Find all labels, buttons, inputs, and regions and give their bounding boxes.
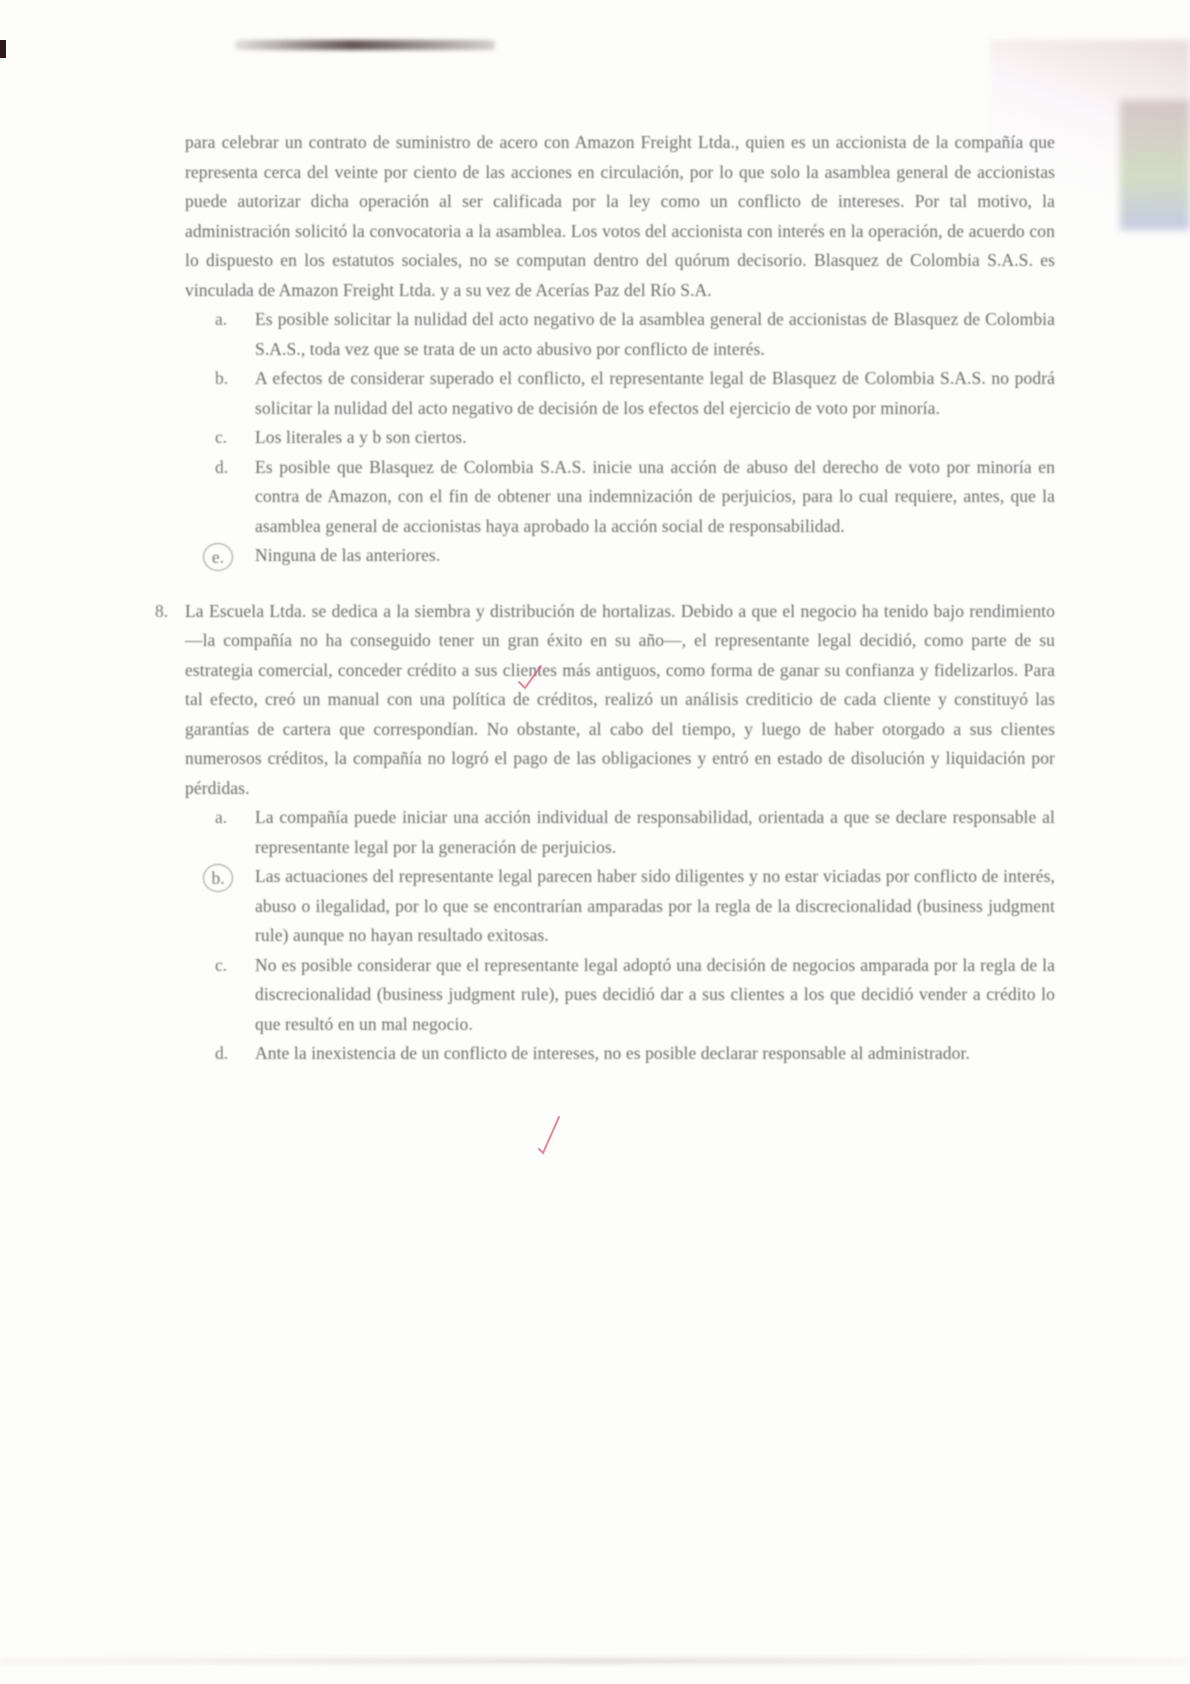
option-marker: a. (215, 305, 227, 335)
option-8c[interactable]: c. No es posible considerar que el repre… (215, 951, 1055, 1040)
circled-answer-marker: e. (203, 543, 233, 571)
option-text: Ante la inexistencia de un conflicto de … (255, 1039, 1055, 1069)
option-marker: b. (215, 364, 228, 394)
scan-edge-artifact (0, 40, 6, 58)
option-marker: d. (215, 1039, 228, 1069)
scan-top-artifact (235, 40, 495, 50)
red-check-mark-icon (515, 662, 545, 692)
option-text: Es posible solicitar la nulidad del acto… (255, 305, 1055, 364)
document-page: para celebrar un contrato de suministro … (155, 128, 1055, 1069)
scan-bottom-edge (0, 1658, 1190, 1664)
question-number: 8. (155, 597, 168, 627)
question-7: para celebrar un contrato de suministro … (155, 128, 1055, 571)
option-text: No es posible considerar que el represen… (255, 951, 1055, 1040)
option-7a[interactable]: a. Es posible solicitar la nulidad del a… (215, 305, 1055, 364)
option-marker: c. (215, 951, 227, 981)
option-text: Los literales a y b son ciertos. (255, 423, 1055, 453)
question-8: 8. La Escuela Ltda. se dedica a la siemb… (155, 597, 1055, 1069)
option-7b[interactable]: b. A efectos de considerar superado el c… (215, 364, 1055, 423)
option-marker: c. (215, 423, 227, 453)
question-8-options: a. La compañía puede iniciar una acción … (185, 803, 1055, 1069)
option-text: Es posible que Blasquez de Colombia S.A.… (255, 453, 1055, 542)
option-7d[interactable]: d. Es posible que Blasquez de Colombia S… (215, 453, 1055, 542)
option-7e-selected[interactable]: e. Ninguna de las anteriores. (215, 541, 1055, 571)
question-7-intro: para celebrar un contrato de suministro … (155, 128, 1055, 305)
option-marker: a. (215, 803, 227, 833)
option-marker: d. (215, 453, 228, 483)
option-text: A efectos de considerar superado el conf… (255, 364, 1055, 423)
option-8d[interactable]: d. Ante la inexistencia de un conflicto … (215, 1039, 1055, 1069)
question-8-intro: La Escuela Ltda. se dedica a la siembra … (185, 597, 1055, 804)
option-7c[interactable]: c. Los literales a y b son ciertos. (215, 423, 1055, 453)
option-8b-selected[interactable]: b. Las actuaciones del representante leg… (215, 862, 1055, 951)
option-text: La compañía puede iniciar una acción ind… (255, 803, 1055, 862)
circled-answer-marker: b. (203, 864, 233, 892)
question-7-options: a. Es posible solicitar la nulidad del a… (155, 305, 1055, 571)
option-text: Las actuaciones del representante legal … (255, 862, 1055, 951)
scan-corner-stripe (1120, 100, 1190, 230)
red-check-mark-icon (535, 1115, 565, 1155)
option-8a[interactable]: a. La compañía puede iniciar una acción … (215, 803, 1055, 862)
option-text: Ninguna de las anteriores. (255, 541, 1055, 571)
